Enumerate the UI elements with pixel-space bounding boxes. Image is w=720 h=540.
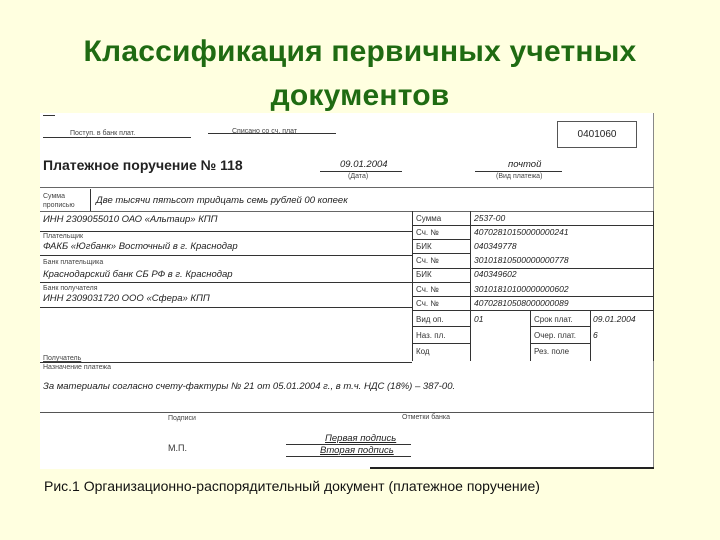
figure-caption: Рис.1 Организационно-распорядительный до… — [44, 478, 540, 494]
separator — [40, 211, 654, 212]
row-line — [412, 268, 654, 269]
amount-divider — [90, 189, 91, 211]
payment-order-document: Поступ. в банк плат. Списано со сч. плат… — [40, 113, 654, 469]
second-signature: Вторая подпись — [320, 445, 394, 456]
payer-bank-line — [40, 255, 412, 256]
date-line — [320, 171, 402, 172]
op-type-value: 01 — [474, 314, 483, 324]
cell-label: Сч. № — [416, 285, 439, 294]
recipient-line — [40, 362, 412, 363]
cell-value: 040349778 — [474, 241, 517, 251]
purpose-code-label: Наз. пл. — [416, 331, 445, 340]
code-label: Код — [416, 347, 430, 356]
purpose-value: За материалы согласно счету-фактуры № 21… — [43, 381, 455, 392]
row-line — [412, 239, 470, 240]
second-signature-line — [286, 456, 411, 457]
recipient-bank-line — [40, 282, 412, 283]
cell-value: 30101810500000000778 — [474, 255, 569, 265]
cell-label: Сч. № — [416, 299, 439, 308]
cell-value: 30101810100000000602 — [474, 284, 569, 294]
separator — [40, 187, 654, 188]
debited-label: Списано со сч. плат — [232, 128, 297, 135]
form-code-box: 0401060 — [557, 121, 637, 148]
payer-bank-label: Банк плательщика — [43, 259, 103, 266]
corner-mark — [43, 115, 55, 116]
table-label-divider — [470, 211, 471, 361]
amount-words-value: Две тысячи пятьсот тридцать семь рублей … — [96, 195, 348, 206]
amount-words-label-2: прописью — [43, 202, 75, 209]
bank-marks-label: Отметки банка — [402, 414, 450, 421]
first-signature: Первая подпись — [325, 433, 396, 444]
op-type-label: Вид оп. — [416, 315, 444, 324]
reserve-label: Рез. поле — [534, 347, 569, 356]
payment-type-line — [475, 171, 562, 172]
row-line — [530, 343, 590, 344]
due-date-value: 09.01.2004 — [593, 314, 636, 324]
cell-value: 40702810150000000241 — [474, 227, 569, 237]
row-line — [412, 310, 654, 311]
date-value: 09.01.2004 — [340, 159, 388, 170]
row-line — [530, 326, 590, 327]
stamp-label: М.П. — [168, 443, 187, 453]
cell-label: БИК — [416, 270, 432, 279]
due-date-label: Срок плат. — [534, 315, 573, 324]
priority-label: Очер. плат. — [534, 331, 576, 340]
payer-inn: ИНН 2309055010 ОАО «Альтаир» КПП — [43, 214, 218, 225]
cell-label: Сч. № — [416, 228, 439, 237]
row-line — [412, 296, 654, 297]
recipient-bank-value: Краснодарский банк СБ РФ в г. Краснодар — [43, 269, 233, 280]
document-heading: Платежное поручение № 118 — [43, 157, 243, 173]
row-line — [412, 253, 470, 254]
payer-line — [40, 231, 412, 232]
cell-value: 2537-00 — [474, 213, 505, 223]
payer-bank-value: ФАКБ «Югбанк» Восточный в г. Краснодар — [43, 241, 238, 252]
signatures-label: Подписи — [168, 415, 196, 422]
slide-title: Классификация первичных учетных документ… — [0, 30, 720, 118]
date-label: (Дата) — [348, 173, 368, 180]
slide-title-line-1: Классификация первичных учетных — [0, 30, 720, 74]
priority-value: 6 — [593, 330, 598, 340]
recipient-bank-label: Банк получателя — [43, 285, 98, 292]
amount-words-label: Сумма — [43, 193, 65, 200]
recipient-label: Получатель — [43, 355, 81, 362]
row-line — [412, 326, 470, 327]
payment-type-label: (Вид платежа) — [496, 173, 542, 180]
payment-type-value: почтой — [508, 159, 541, 170]
table-left-border — [412, 211, 413, 361]
recipient-inn-line — [40, 307, 412, 308]
table-right-border — [653, 211, 654, 361]
slide-title-line-2: документов — [0, 74, 720, 118]
cell-label: Сч. № — [416, 256, 439, 265]
bottom-edge — [370, 467, 654, 469]
op-divider — [530, 310, 531, 361]
received-line — [43, 137, 191, 138]
cell-value: 40702810508000000089 — [474, 298, 569, 308]
payer-label: Плательщик — [43, 233, 83, 240]
received-label: Поступ. в банк плат. — [70, 130, 135, 137]
row-line — [412, 343, 470, 344]
cell-value: 040349602 — [474, 269, 517, 279]
op-divider — [590, 310, 591, 361]
cell-label: БИК — [416, 242, 432, 251]
cell-label: Сумма — [416, 214, 441, 223]
recipient-inn: ИНН 2309031720 ООО «Сфера» КПП — [43, 293, 210, 304]
row-line — [412, 225, 654, 226]
purpose-label: Назначение платежа — [43, 364, 111, 371]
signature-separator — [40, 412, 654, 413]
row-line — [412, 282, 470, 283]
